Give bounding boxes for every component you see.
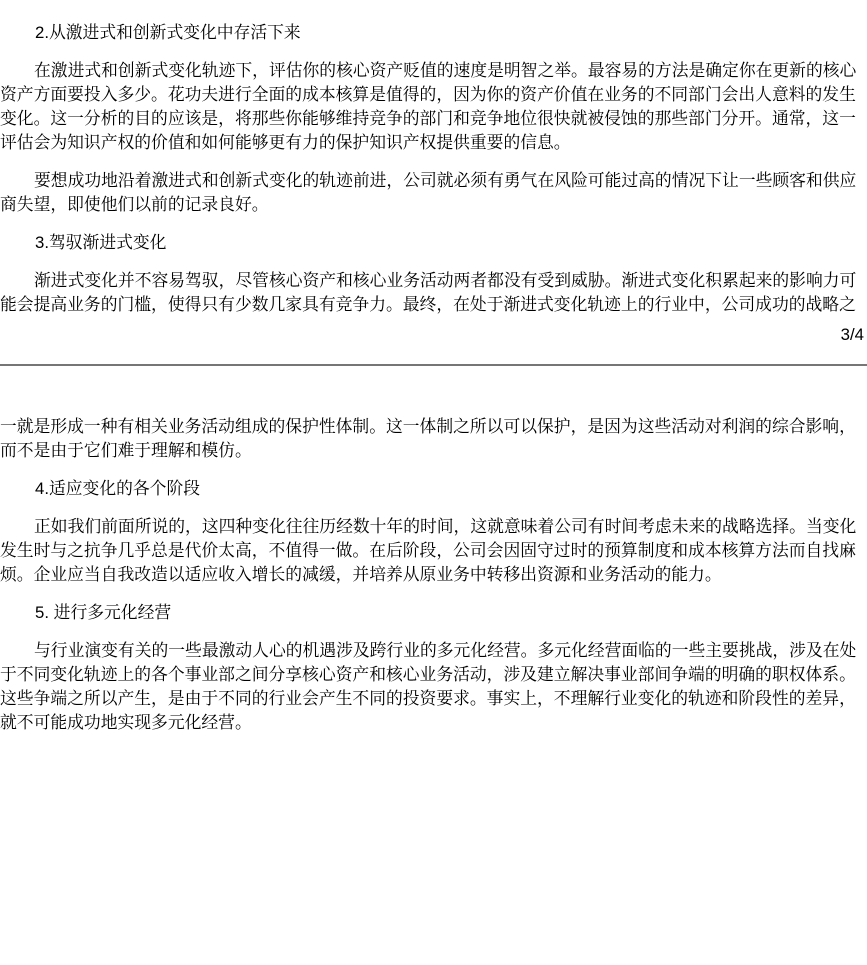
paragraph-decades-of-change: 正如我们前面所说的，这四种变化往往历经数十年的时间，这就意味着公司有时间考虑未来… (0, 515, 867, 587)
page-3-body: 2.从激进式和创新式变化中存活下来 在激进式和创新式变化轨迹下，评估你的核心资产… (0, 21, 867, 347)
heading-steer-incremental-change: 3.驾驭渐进式变化 (0, 231, 867, 255)
document-page-view: 2.从激进式和创新式变化中存活下来 在激进式和创新式变化轨迹下，评估你的核心资产… (0, 0, 867, 735)
paragraph-assess-core-assets: 在激进式和创新式变化轨迹下，评估你的核心资产贬值的速度是明智之举。最容易的方法是… (0, 59, 867, 155)
page-divider (0, 364, 867, 366)
heading-survive-radical-change: 2.从激进式和创新式变化中存活下来 (0, 21, 867, 45)
page-4-body: 一就是形成一种有相关业务活动组成的保护性体制。这一体制之所以可以保护，是因为这些… (0, 415, 867, 735)
heading-adapt-to-stages: 4.适应变化的各个阶段 (0, 477, 867, 501)
heading-diversification: 5. 进行多元化经营 (0, 601, 867, 625)
paragraph-diversification-challenges: 与行业演变有关的一些最激动人心的机遇涉及跨行业的多元化经营。多元化经营面临的一些… (0, 639, 867, 735)
paragraph-protective-system-continuation: 一就是形成一种有相关业务活动组成的保护性体制。这一体制之所以可以保护，是因为这些… (0, 415, 867, 463)
paragraph-incremental-change: 渐进式变化并不容易驾驭，尽管核心资产和核心业务活动两者都没有受到威胁。渐进式变化… (0, 269, 867, 317)
paragraph-courage-to-disappoint: 要想成功地沿着激进式和创新式变化的轨迹前进，公司就必须有勇气在风险可能过高的情况… (0, 169, 867, 217)
page-number: 3/4 (0, 323, 864, 347)
